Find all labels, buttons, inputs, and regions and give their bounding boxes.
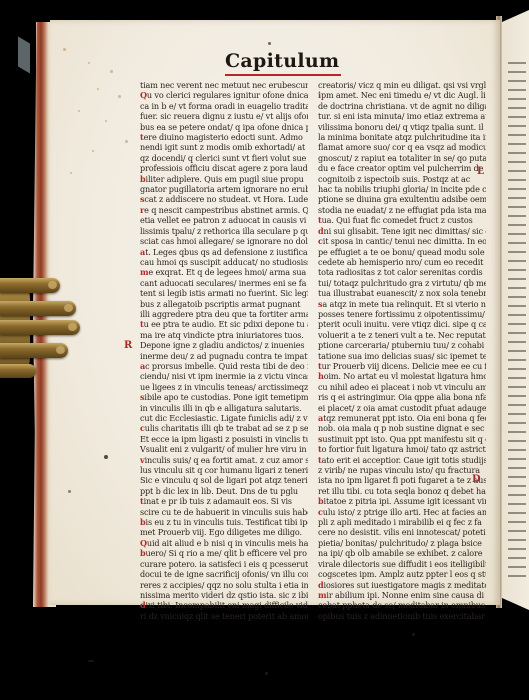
clasp-finger bbox=[0, 301, 76, 316]
heading-red-rule bbox=[225, 74, 341, 76]
rubricated-initial: d bbox=[140, 600, 146, 610]
text-line: illi aggredere ptra deu que ta fortiter … bbox=[140, 309, 308, 319]
next-page-text bbox=[508, 62, 526, 582]
text-line: dni sui glisabit. Tene igit nec dimittas… bbox=[318, 226, 486, 236]
text-line: posses tenere fortissimu z oipotentissim… bbox=[318, 309, 486, 319]
text-line: bis eu z tu in vinculis tuis. Testificat… bbox=[140, 517, 308, 527]
text-line: tu ee ptra te audio. Et sic pdixi depone… bbox=[140, 319, 308, 329]
text-line: ris q ei astringimur. Oia qppe alia bona… bbox=[318, 392, 486, 402]
text-line: bus z allegatoib pscriptis armat pugnant bbox=[140, 299, 308, 309]
text-line: vilissima bonoru dei/ q vtiqz tpalia sun… bbox=[318, 122, 486, 132]
text-line: cogscetes ipm. Amplz autz ppter l eos q … bbox=[318, 569, 486, 579]
text-line: buero/ Si q rio a me/ qlit b efficere ve… bbox=[140, 548, 308, 558]
text-line: inerme deu/ z ad pugnadu contra te impat… bbox=[140, 351, 308, 361]
text-line: diosiores sut iuestigatore magis z medit… bbox=[318, 580, 486, 590]
text-line: na ipi/ qb olb amabile se exhibet. z cal… bbox=[318, 548, 486, 558]
rubricated-initial: c bbox=[318, 507, 323, 517]
rubricated-initial: b bbox=[318, 496, 324, 506]
clasp-finger bbox=[0, 320, 80, 335]
text-line: dixi tibi. Incompabilit eni magi diffici… bbox=[140, 600, 308, 610]
text-line: creatoris/ vicz q min eu diligat. qsi vs… bbox=[318, 80, 486, 90]
rubricated-initial: s bbox=[140, 392, 144, 402]
text-line: tiam nec verent nec metuut nec erubescun… bbox=[140, 80, 308, 90]
rubricated-initial: a bbox=[318, 413, 323, 423]
text-line: nendi igit sunt z modis omib exhortadi/ … bbox=[140, 142, 308, 152]
text-line: cebat ppheta de se/ meditabar in omnibus bbox=[318, 600, 486, 610]
text-line: in vinculis illi in qb e alligatura salu… bbox=[140, 403, 308, 413]
text-line: Et ecce ia ipm ligasti z posuisti in vin… bbox=[140, 434, 308, 444]
text-line: sciat cas hmoi allegare/ se ignorare no … bbox=[140, 236, 308, 246]
text-line: reres z accipies/ qqz no solu stulta i e… bbox=[140, 580, 308, 590]
text-line: qz docendi/ q clerici sunt vt fieri volu… bbox=[140, 153, 308, 163]
rubricated-initial: a bbox=[140, 247, 145, 257]
rubricated-initial: t bbox=[140, 496, 144, 506]
text-line: lus vinculu sit q cor humanu ligari z te… bbox=[140, 465, 308, 475]
text-line: pe effugiet a te oe bonu/ quead modu sol… bbox=[318, 247, 486, 257]
text-line: cere no desistit. vilis eni innotescat/ … bbox=[318, 527, 486, 537]
text-line: curare potero. ia satisfeci i eis q pces… bbox=[140, 559, 308, 569]
text-line: tatione sua imo delicias suas/ sic ipeme… bbox=[318, 351, 486, 361]
text-line: cant aduocati seculares/ inermes eni se … bbox=[140, 278, 308, 288]
text-line: to fortior fuit ligatura hmoi/ tato qz a… bbox=[318, 444, 486, 454]
text-line: scat z addiscere no studeat. vt Hora. Lu… bbox=[140, 194, 308, 204]
text-line: Quid ait aliud e b nisi q in vinculis me… bbox=[140, 538, 308, 548]
text-column-right: creatoris/ vicz q min eu diligat. qsi vs… bbox=[318, 80, 486, 621]
text-line: voluerit a te z teneri vult a te. Nec re… bbox=[318, 330, 486, 340]
text-line: cu nihil adeo ei placeat i nob vt vincul… bbox=[318, 382, 486, 392]
text-line: sustinuit ppt isto. Qua ppt manifestu si… bbox=[318, 434, 486, 444]
clasp-finger bbox=[0, 364, 36, 378]
rubricated-initial: t bbox=[318, 215, 322, 225]
rubricated-initial: a bbox=[140, 361, 145, 371]
text-line: re q nescit campestribus abstinet armis.… bbox=[140, 205, 308, 215]
text-line: virale dilectoris sue diffudit i eos ite… bbox=[318, 559, 486, 569]
text-line: me exqrat. Et q de legees hmoi/ arma sua… bbox=[140, 267, 308, 277]
rubricated-initial: d bbox=[318, 226, 324, 236]
text-line: de doctrina christiana. vt de agnit no d… bbox=[318, 101, 486, 111]
text-line: z virib/ ne rupas vinculu isto/ qu fract… bbox=[318, 465, 486, 475]
text-line: tent si legib istis armati no fuerint. S… bbox=[140, 288, 308, 298]
rubricated-initial: i bbox=[318, 90, 321, 100]
text-line: Qu vo clerici regulares ignitur ofone dn… bbox=[140, 90, 308, 100]
rubricated-initial: v bbox=[140, 455, 145, 465]
text-line: Sic e vinculu q sol de ligari pot atqz t… bbox=[140, 475, 308, 485]
rubricated-initial: t bbox=[318, 361, 322, 371]
text-line: cau hmoi qs suscipit adducat/ no studios… bbox=[140, 257, 308, 267]
text-line: atqz remunerat ppt isto. Oia eni bona q … bbox=[318, 413, 486, 423]
rubricated-initial: s bbox=[140, 194, 144, 204]
text-line: ca in b e/ vt forma oradi in euagelio tr… bbox=[140, 101, 308, 111]
text-line: nob. oia mala q p nob sustine dignat e s… bbox=[318, 423, 486, 433]
text-line: tui/ totaqz pulchritudo gra z virtutu/ q… bbox=[318, 278, 486, 288]
rubricated-initial: t bbox=[318, 444, 322, 454]
text-line: etia vellet ee patron z aduocat in causi… bbox=[140, 215, 308, 225]
text-line: ac prorsus imbelle. Quid resta tibi de d… bbox=[140, 361, 308, 371]
rubricated-initial: s bbox=[318, 434, 322, 444]
rubricated-initial: s bbox=[318, 299, 322, 309]
rubricated-initial: b bbox=[140, 517, 146, 527]
text-line: cut dic Ecclesiastic. Ligate funiclis ad… bbox=[140, 413, 308, 423]
rubricated-initial: m bbox=[140, 267, 148, 277]
text-line: biliter adiplere. Quis em pugil siue pro… bbox=[140, 174, 308, 184]
rubricated-initial: d bbox=[318, 580, 324, 590]
text-line: tota radiositas z tot calor serenitas co… bbox=[318, 267, 486, 277]
text-line: Vsualit eni z vulgarit/ of mulier hre vi… bbox=[140, 444, 308, 454]
text-line: la minima bonitate atqz pulchritudine it… bbox=[318, 132, 486, 142]
text-line: tua illustrabat euanescit/ z nox sola te… bbox=[318, 288, 486, 298]
text-line: culis charitatis illi qb te trabat ad se… bbox=[140, 423, 308, 433]
text-line: tinat e pr ib tuis z adamauit eos. Si vi… bbox=[140, 496, 308, 506]
text-line: pli z apli meditado i mirabilib ei q fec… bbox=[318, 517, 486, 527]
rubricated-initial: c bbox=[318, 236, 323, 246]
margin-rubric-letter: L bbox=[477, 166, 484, 177]
text-line: ret illu tibi. cu tota seqla bonoz q deb… bbox=[318, 486, 486, 496]
text-line: professiois officiu discat agere z pora … bbox=[140, 163, 308, 173]
clasp-finger bbox=[0, 343, 68, 358]
rubricated-initial: t bbox=[318, 455, 322, 465]
text-line: tur Prouerb viij dicens. Delicie mee ee … bbox=[318, 361, 486, 371]
text-line: tur. si eni ista minuta/ imo etiaz extre… bbox=[318, 111, 486, 121]
text-line: bitatoe z pitria ipi. Assume igit icessa… bbox=[318, 496, 486, 506]
text-line: pietia/ bonitas/ pulchritudo/ z plaga bs… bbox=[318, 538, 486, 548]
text-line: pterit oculi inuitu. vere vtiqz dici. si… bbox=[318, 319, 486, 329]
text-line: met Prouerb viij. Ego diligetes me dilig… bbox=[140, 527, 308, 537]
text-line: ei placet/ z oia amat custodit pfuat ada… bbox=[318, 403, 486, 413]
text-line: flamat amore suo/ cor q ea vsqz ad modic… bbox=[318, 142, 486, 152]
fore-edge-blue bbox=[18, 37, 30, 74]
text-line: opibus tuis z adinuetionib tuis exercita… bbox=[318, 611, 486, 621]
text-line: tua. Qui fuat fic comedet fruct z custos bbox=[318, 215, 486, 225]
text-line: hoim. No artat eu vl molestat ligatura h… bbox=[318, 371, 486, 381]
text-line: ri dz vnicuiqz qlit se teneri poterit ab… bbox=[140, 611, 308, 621]
text-line: scire cu te de habuerit in vinculis suis… bbox=[140, 507, 308, 517]
text-line: docui te de igne sacrificij ofonis/ vn i… bbox=[140, 569, 308, 579]
rubricated-initial: m bbox=[318, 590, 326, 600]
chapter-heading: Capitulum bbox=[225, 50, 339, 72]
rubricated-initial: b bbox=[140, 174, 146, 184]
text-line: ipm amet. Nec eni timedu e/ vt dic Augl.… bbox=[318, 90, 486, 100]
text-line: ptione se diuina gra exultentiu adsibe o… bbox=[318, 194, 486, 204]
margin-rubric-letter: D bbox=[472, 474, 481, 485]
text-line: hac ta nobilis triuphi gloria/ in incite… bbox=[318, 184, 486, 194]
text-line: ue ligees z in vinculis teneas/ arctissi… bbox=[140, 382, 308, 392]
margin-rubric-letter: R bbox=[124, 340, 132, 351]
text-line: sibile apo te custodias. Pone igit temet… bbox=[140, 392, 308, 402]
text-line: ptione carceraria/ ptuberniu tuu/ z coha… bbox=[318, 340, 486, 350]
text-line: ista no ipm ligaret fi poti fugaret a te… bbox=[318, 475, 486, 485]
rubricated-initial: Q bbox=[140, 90, 147, 100]
text-line: cedete ab hemisperio nro/ cum eo recedit… bbox=[318, 257, 486, 267]
text-line: sa atqz in mete tua relinquit. Et si vte… bbox=[318, 299, 486, 309]
clasp-finger bbox=[0, 278, 60, 293]
text-line: ma ire atq vindicte ptra iniuriatores tu… bbox=[140, 330, 308, 340]
rubricated-initial: t bbox=[140, 319, 144, 329]
text-line: mir abilium ipi. Nonne enim sine causa d… bbox=[318, 590, 486, 600]
text-line: gnoscut/ z rapiut ea totaliter in se/ qo… bbox=[318, 153, 486, 163]
text-line: tato erit ei acceptior. Caue igit totis … bbox=[318, 455, 486, 465]
text-line: culu isto/ z ptrige illo arti. Hec at fa… bbox=[318, 507, 486, 517]
rubricated-initial: t bbox=[140, 132, 144, 142]
rubricated-initial: c bbox=[140, 423, 145, 433]
text-line: cit sposa in cantic/ tenui nec dimitta. … bbox=[318, 236, 486, 246]
text-line: gnator pugillatoria artem ignorare no er… bbox=[140, 184, 308, 194]
text-line: nissima merito videri dz qstio ista. sic… bbox=[140, 590, 308, 600]
text-column-left: tiam nec verent nec metuut nec erubescun… bbox=[140, 80, 308, 621]
text-line: stodia ne euadat/ z ne effugiat pda ista… bbox=[318, 205, 486, 215]
rubricated-initial: r bbox=[140, 205, 144, 215]
brass-hand-clasp bbox=[0, 268, 80, 386]
rubricated-initial: b bbox=[140, 548, 146, 558]
text-line: cognitoib z ispectoib suis. Postqz at ac bbox=[318, 174, 486, 184]
text-line: du e face creator optim vel pulcherrim d… bbox=[318, 163, 486, 173]
text-line: ppt b dic lex in lib. Deut. Dns de tu pg… bbox=[140, 486, 308, 496]
text-line: Depone igne z gladiu andictos/ z inuenie… bbox=[140, 340, 308, 350]
text-line: bus ea se petere ondat/ q ipa ofone dnic… bbox=[140, 122, 308, 132]
text-line: fuer. sic reuera dignu z iustu e/ vt ali… bbox=[140, 111, 308, 121]
text-line: vinculis suis/ q ea fortit amat. z cuz a… bbox=[140, 455, 308, 465]
text-line: tere diuino magisterio edocti sunt. Admo bbox=[140, 132, 308, 142]
heading-text: Capitulum bbox=[225, 50, 339, 72]
text-line: ciendu/ nisi vt ipm inermie ia z victu v… bbox=[140, 371, 308, 381]
text-line: lissimis tpalu/ z rethorica illa secular… bbox=[140, 226, 308, 236]
rubricated-initial: Q bbox=[140, 538, 147, 548]
text-line: at. Leges qbus qs ad defensione z iustif… bbox=[140, 247, 308, 257]
rubricated-initial: h bbox=[318, 371, 324, 381]
